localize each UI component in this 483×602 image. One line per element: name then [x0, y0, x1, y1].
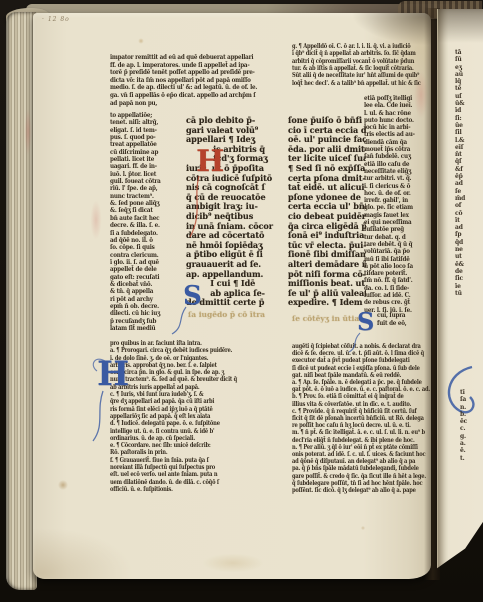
blue-initial-H-margin: H	[97, 357, 129, 391]
gloss-left-lower: pro quibus in ar. faciunt iſta intra.a. …	[110, 340, 290, 493]
gloss-right-lower: augēti q̄ ſcipiebat̄ cōſuit. a nobis. & …	[292, 343, 432, 494]
red-initial-H: H	[196, 147, 224, 177]
blue-initial-S-strip: S	[357, 310, 374, 334]
facing-fragments-2: tīſan.b.ēcc.g.a.ē.t.	[460, 389, 483, 462]
gloss-right-top-lines: g. ¶ Appelldō oī. C. ō ar. l. i. li. q̄.…	[292, 43, 430, 87]
gloss-right-strip-initial-lines: cui, ſuprafuit de eō,	[377, 312, 431, 327]
facing-text-fragments-lower: tīſan.b.ēcc.g.a.ē.t.	[460, 389, 483, 462]
manuscript-page: · 12 8o impator remittit ad eū ad quē de…	[33, 13, 431, 579]
gloss-left-top: impator remittit ad eū ad quē debuerat a…	[110, 54, 286, 107]
gloss-left-lower-lines: pro quibus in ar. faciunt iſta intra.a. …	[110, 340, 290, 493]
gloss-left-strip-lines: to appellatiōe;tenet. niſi: altrḡ,eligat…	[110, 112, 190, 332]
gloss-right-strip: etiā poſſʒ ītelligilee ela. Cde iueī.l. …	[364, 95, 430, 314]
faded-text-left: ſa iugēdo p̄ cō ītra	[188, 310, 265, 319]
main-text-column-right: ſone p̄uiſo ō bn̄ficio ī certa eccia dl'…	[288, 116, 366, 308]
gloss-left-top-lines: impator remittit ad eū ad quē debuerat a…	[110, 54, 286, 107]
facing-text-fragments-upper: tāſūeʒaūlq̄tēuſū&īdſi:ūeſill.&eīſn̄tq̄ſ&…	[455, 49, 483, 297]
blue-initial-S-main: S	[183, 283, 202, 309]
gloss-right-lower-lines: augēti q̄ ſcipiebat̄ cōſuit. a nobis. & …	[292, 343, 432, 494]
facing-fragments-1: tāſūeʒaūlq̄tēuſū&īdſi:ūeſill.&eīſn̄tq̄ſ&…	[455, 49, 483, 297]
main-text-right-lines: ſone p̄uiſo ō bn̄ficio ī certa eccia dl'…	[288, 116, 366, 308]
strip-initial-lines: cui, ſuprafuit de eō,	[377, 312, 431, 327]
book-photograph: · 12 8o impator remittit ad eū ad quē de…	[0, 0, 483, 602]
faded-text-right: ſe cōtēyʒ in ūtia	[292, 314, 359, 323]
blue-flourish-margin-tail	[93, 391, 103, 441]
handwritten-foliation: · 12 8o	[42, 16, 70, 23]
facing-page-sliver: tāſūeʒaūlq̄tēuſū&īdſi:ūeſill.&eīſn̄tq̄ſ&…	[437, 9, 483, 571]
gloss-right-top: g. ¶ Appelldō oī. C. ō ar. l. i. li. q̄.…	[292, 43, 430, 87]
gloss-right-strip-lines: etiā poſſʒ ītelligilee ela. Cde iueī.l. …	[364, 95, 430, 314]
gloss-left-strip: to appellatiōe;tenet. niſi: altrḡ,eligat…	[110, 112, 190, 332]
